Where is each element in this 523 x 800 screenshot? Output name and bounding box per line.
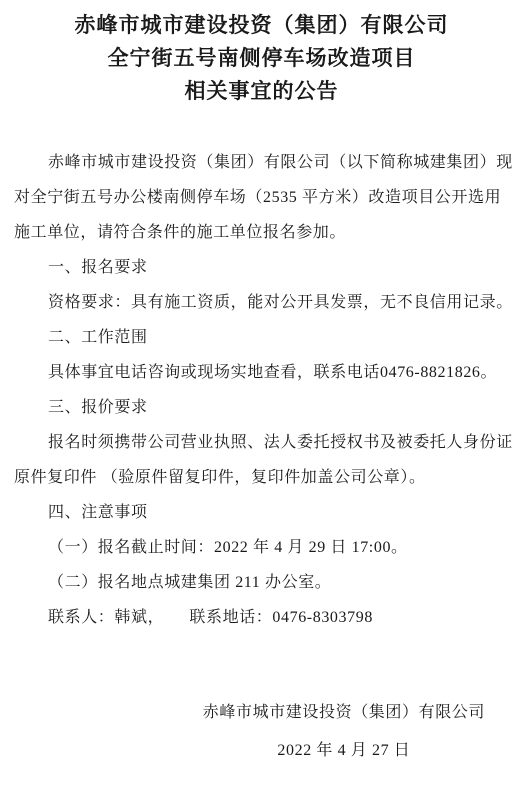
notice-body-line: 二、工作范围 [14, 320, 509, 355]
notice-body-line: 具体事宜电话咨询或现场实地查看，联系电话0476-8821826。 [14, 355, 509, 390]
notice-body-line: （一）报名截止时间：2022 年 4 月 29 日 17:00。 [14, 530, 509, 565]
notice-body-line: 原件复印件 （验原件留复印件，复印件加盖公司公章）。 [14, 460, 509, 495]
notice-body-line: 三、报价要求 [14, 390, 509, 425]
notice-title: 赤峰市城市建设投资（集团）有限公司全宁街五号南侧停车场改造项目相关事宜的公告 [0, 0, 523, 108]
notice-body-line: 资格要求：具有施工资质，能对公开具发票，无不良信用记录。 [14, 285, 509, 320]
notice-body: 赤峰市城市建设投资（集团）有限公司（以下简称城建集团）现对全宁街五号办公楼南侧停… [0, 145, 523, 635]
notice-title-line: 赤峰市城市建设投资（集团）有限公司 [0, 9, 523, 42]
notice-body-line: 赤峰市城市建设投资（集团）有限公司（以下简称城建集团）现 [14, 145, 509, 180]
notice-body-line: 报名时须携带公司营业执照、法人委托授权书及被委托人身份证 [14, 425, 509, 460]
signature-company: 赤峰市城市建设投资（集团）有限公司 [203, 694, 485, 732]
notice-body-line: 一、报名要求 [14, 250, 509, 285]
notice-title-line: 全宁街五号南侧停车场改造项目 [0, 42, 523, 75]
notice-title-line: 相关事宜的公告 [0, 75, 523, 108]
signature-date: 2022 年 4 月 27 日 [203, 732, 485, 770]
notice-document-page: 赤峰市城市建设投资（集团）有限公司全宁街五号南侧停车场改造项目相关事宜的公告 赤… [0, 0, 523, 800]
notice-body-line: 对全宁街五号办公楼南侧停车场（2535 平方米）改造项目公开选用 [14, 180, 509, 215]
notice-signature: 赤峰市城市建设投资（集团）有限公司 2022 年 4 月 27 日 [203, 694, 485, 770]
notice-body-line: 施工单位，请符合条件的施工单位报名参加。 [14, 215, 509, 250]
notice-body-line: （二）报名地点城建集团 211 办公室。 [14, 565, 509, 600]
notice-body-line: 四、注意事项 [14, 495, 509, 530]
notice-body-line: 联系人：韩斌， 联系地话：0476-8303798 [14, 600, 509, 635]
